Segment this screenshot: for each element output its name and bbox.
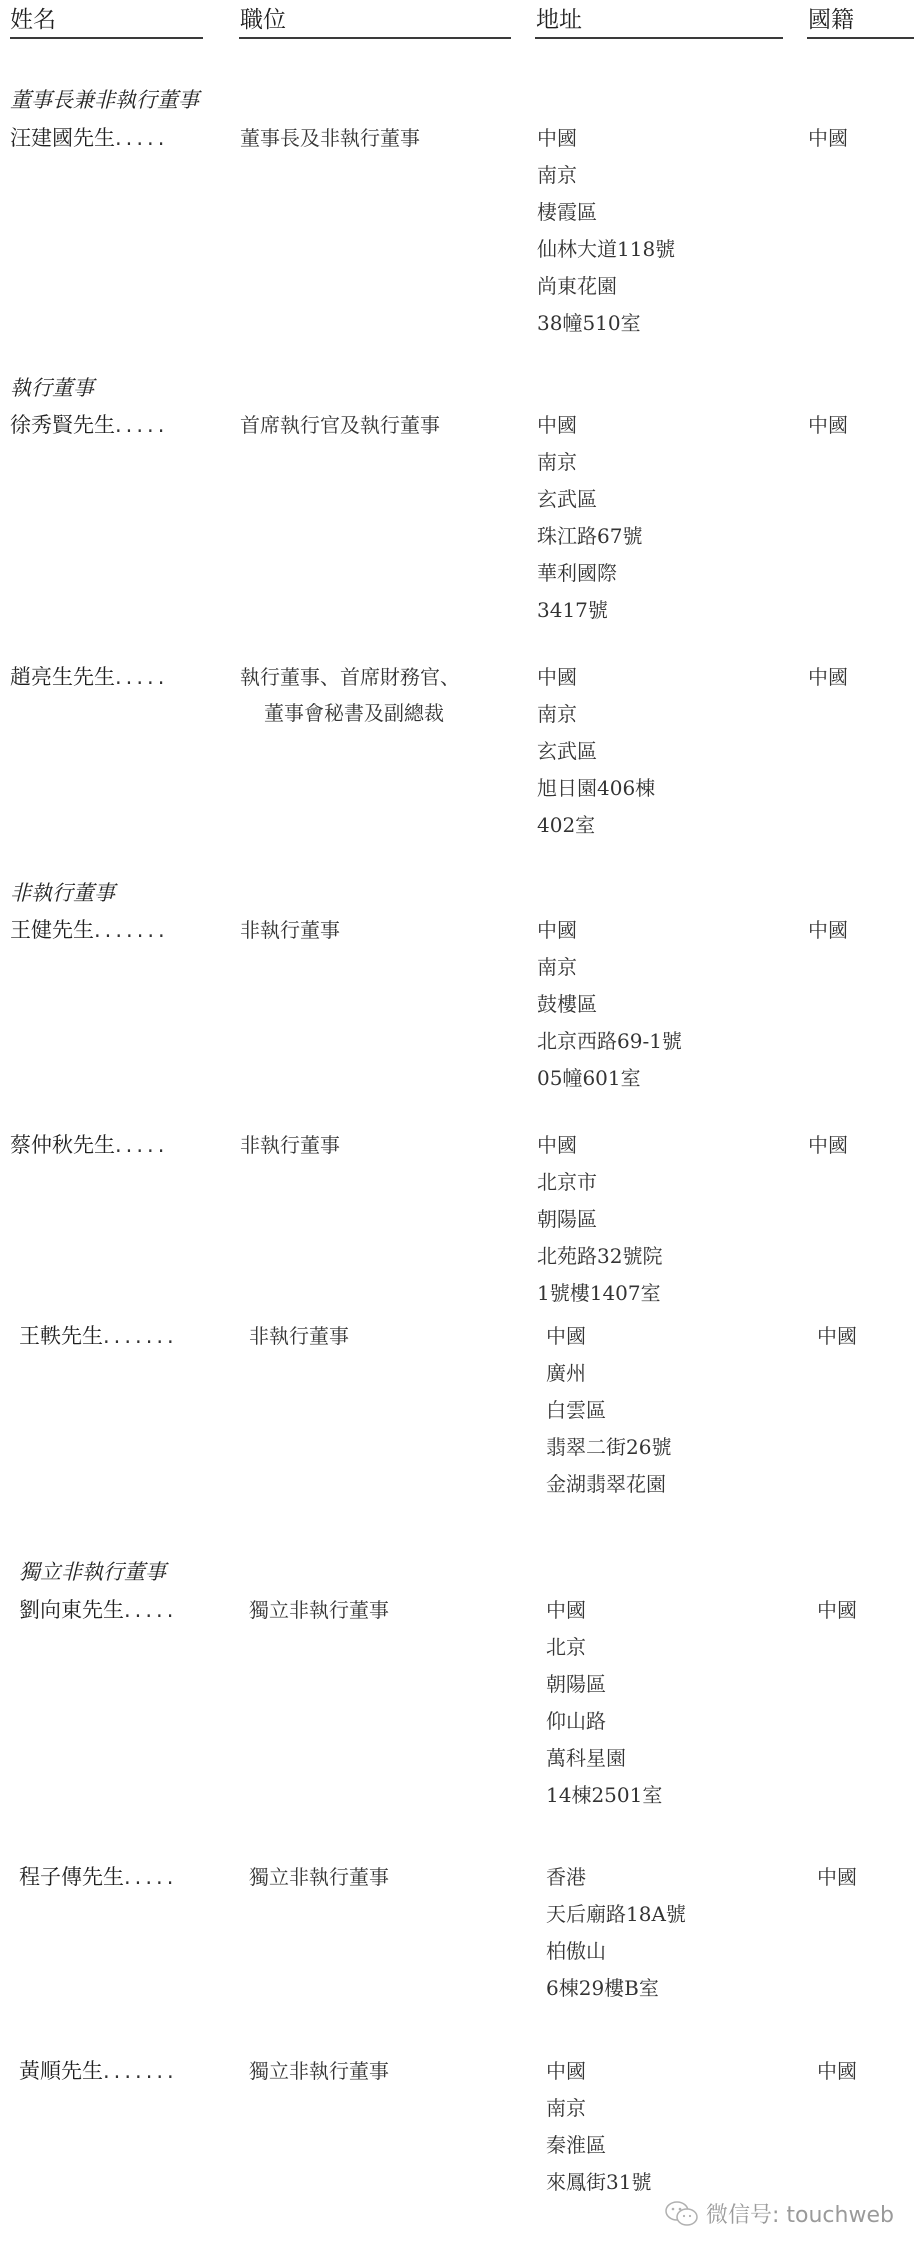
member-position: 獨立非執行董事 <box>249 2053 389 2089</box>
member-position: 董事長及非執行董事 <box>240 120 420 156</box>
header-name: 姓名 <box>10 5 56 35</box>
member-address: 中國 南京 鼓樓區 北京西路69-1號 05幢601室 <box>537 912 682 1097</box>
member-position: 獨立非執行董事 <box>249 1859 389 1895</box>
member-position: 首席執行官及執行董事 <box>240 407 440 443</box>
section-title: 非執行董事 <box>10 879 115 907</box>
member-nationality: 中國 <box>817 2057 857 2085</box>
member-address: 中國 北京市 朝陽區 北苑路32號院 1號樓1407室 <box>537 1127 662 1312</box>
member-address: 香港 天后廟路18A號 柏傲山 6棟29樓B室 <box>546 1859 686 2007</box>
header-position: 職位 <box>240 5 286 35</box>
member-nationality: 中國 <box>808 124 848 152</box>
member-nationality: 中國 <box>817 1322 857 1350</box>
member-nationality: 中國 <box>817 1596 857 1624</box>
member-name: 黃順先生....... <box>19 2057 178 2085</box>
member-name: 汪建國先生..... <box>10 124 168 152</box>
member-address: 中國 南京 玄武區 珠江路67號 華利國際 3417號 <box>537 407 642 629</box>
member-address: 中國 南京 玄武區 旭日園406棟 402室 <box>537 659 655 844</box>
member-address: 中國 南京 秦淮區 來鳳街31號 <box>546 2053 651 2201</box>
member-name: 蔡仲秋先生..... <box>10 1131 168 1159</box>
member-name: 劉向東先生..... <box>19 1596 177 1624</box>
member-nationality: 中國 <box>808 916 848 944</box>
member-position: 獨立非執行董事 <box>249 1592 389 1628</box>
header-underline-address <box>535 37 783 39</box>
header-address: 地址 <box>536 5 582 35</box>
header-nationality: 國籍 <box>808 5 854 35</box>
section-title: 獨立非執行董事 <box>19 1558 166 1586</box>
member-position: 非執行董事 <box>240 912 340 948</box>
member-name: 王健先生....... <box>10 916 169 944</box>
header-underline-nationality <box>807 37 914 39</box>
section-title: 董事長兼非執行董事 <box>10 86 199 114</box>
section-title: 執行董事 <box>10 374 94 402</box>
member-name: 程子傳先生..... <box>19 1863 177 1891</box>
member-address: 中國 廣州 白雲區 翡翠二街26號 金湖翡翠花園 <box>546 1318 671 1503</box>
watermark-text: 微信号: touchweb <box>706 2198 894 2229</box>
wechat-icon <box>664 2199 700 2229</box>
member-nationality: 中國 <box>817 1863 857 1891</box>
member-position: 非執行董事 <box>249 1318 349 1354</box>
member-nationality: 中國 <box>808 663 848 691</box>
header-underline-name <box>10 37 203 39</box>
member-address: 中國 北京 朝陽區 仰山路 萬科星園 14棟2501室 <box>546 1592 662 1814</box>
member-name: 趙亮生先生..... <box>10 663 168 691</box>
member-address: 中國 南京 棲霞區 仙林大道118號 尚東花園 38幢510室 <box>537 120 675 342</box>
member-nationality: 中國 <box>808 1131 848 1159</box>
member-position: 非執行董事 <box>240 1127 340 1163</box>
member-nationality: 中國 <box>808 411 848 439</box>
watermark: 微信号: touchweb <box>664 2198 894 2229</box>
member-name: 徐秀賢先生..... <box>10 411 168 439</box>
member-position: 執行董事、首席財務官、 董事會秘書及副總裁 <box>240 659 460 731</box>
member-name: 王軼先生....... <box>19 1322 178 1350</box>
header-underline-position <box>239 37 511 39</box>
